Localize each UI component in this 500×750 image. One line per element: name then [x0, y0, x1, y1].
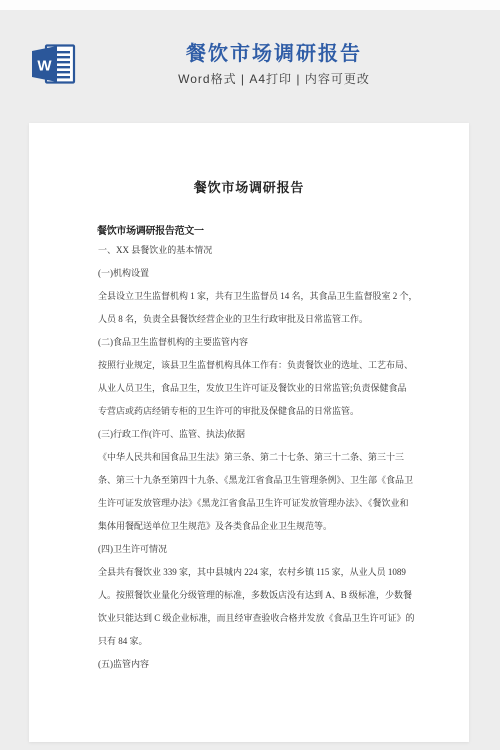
top-white-strip [0, 0, 500, 10]
doc-line: 条、第三十九条至第四十九条、《黑龙江省食品卫生管理条例》、卫生部《食品卫 [98, 469, 410, 492]
doc-line: 《中华人民共和国食品卫生法》第三条、第二十七条、第三十二条、第三十三 [98, 446, 410, 469]
doc-line: (一)机构设置 [98, 262, 410, 285]
doc-line: 人员 8 名，负责全县餐饮经营企业的卫生行政审批及日常监管工作。 [98, 308, 410, 331]
doc-title: 餐饮市场调研报告 [29, 177, 469, 196]
document-page: 餐饮市场调研报告 餐饮市场调研报告范文一 一、XX 县餐饮业的基本情况 (一)机… [29, 123, 469, 742]
doc-line: 集体用餐配送单位卫生规范》及各类食品企业卫生规范等。 [98, 515, 410, 538]
doc-line: 从业人员卫生，食品卫生，发放卫生许可证及餐饮业的日常监管;负责保健食品 [98, 377, 410, 400]
template-preview-header: W 餐饮市场调研报告 Word格式 | A4打印 | 内容可更改 [0, 10, 500, 123]
doc-line: 只有 84 家。 [98, 630, 410, 653]
doc-line: 人。按照餐饮业量化分级管理的标准，多数饭店没有达到 A、B 级标准，少数餐 [98, 584, 410, 607]
doc-line: (三)行政工作(许可、监管、执法)依据 [98, 423, 410, 446]
doc-line: 专营店或药店经销专柜的卫生许可的审批及保健食品的日常监管。 [98, 400, 410, 423]
doc-section-heading: 餐饮市场调研报告范文一 [97, 222, 204, 237]
doc-line: (四)卫生许可情况 [98, 538, 410, 561]
template-subtitle: Word格式 | A4打印 | 内容可更改 [48, 72, 500, 86]
doc-line: (二)食品卫生监督机构的主要监管内容 [98, 331, 410, 354]
doc-line: 按照行业规定，该县卫生监督机构具体工作有：负责餐饮业的选址、工艺布局、 [98, 354, 410, 377]
doc-line: (五)监管内容 [98, 653, 410, 676]
doc-line: 生许可证发放管理办法》《黑龙江省食品卫生许可证发放管理办法》、《餐饮业和 [98, 492, 410, 515]
doc-line: 全县设立卫生监督机构 1 家，共有卫生监督员 14 名，其食品卫生监督股室 2 … [98, 285, 410, 308]
doc-line: 一、XX 县餐饮业的基本情况 [98, 239, 410, 262]
doc-body: 一、XX 县餐饮业的基本情况 (一)机构设置 全县设立卫生监督机构 1 家，共有… [98, 239, 410, 676]
template-title: 餐饮市场调研报告 [48, 43, 500, 65]
header-text-block: 餐饮市场调研报告 Word格式 | A4打印 | 内容可更改 [48, 10, 500, 86]
doc-line: 饮业只能达到 C 级企业标准，而且经审查验收合格并发放《食品卫生许可证》的 [98, 607, 410, 630]
doc-line: 全县共有餐饮业 339 家，其中县城内 224 家，农村乡镇 115 家，从业人… [98, 561, 410, 584]
